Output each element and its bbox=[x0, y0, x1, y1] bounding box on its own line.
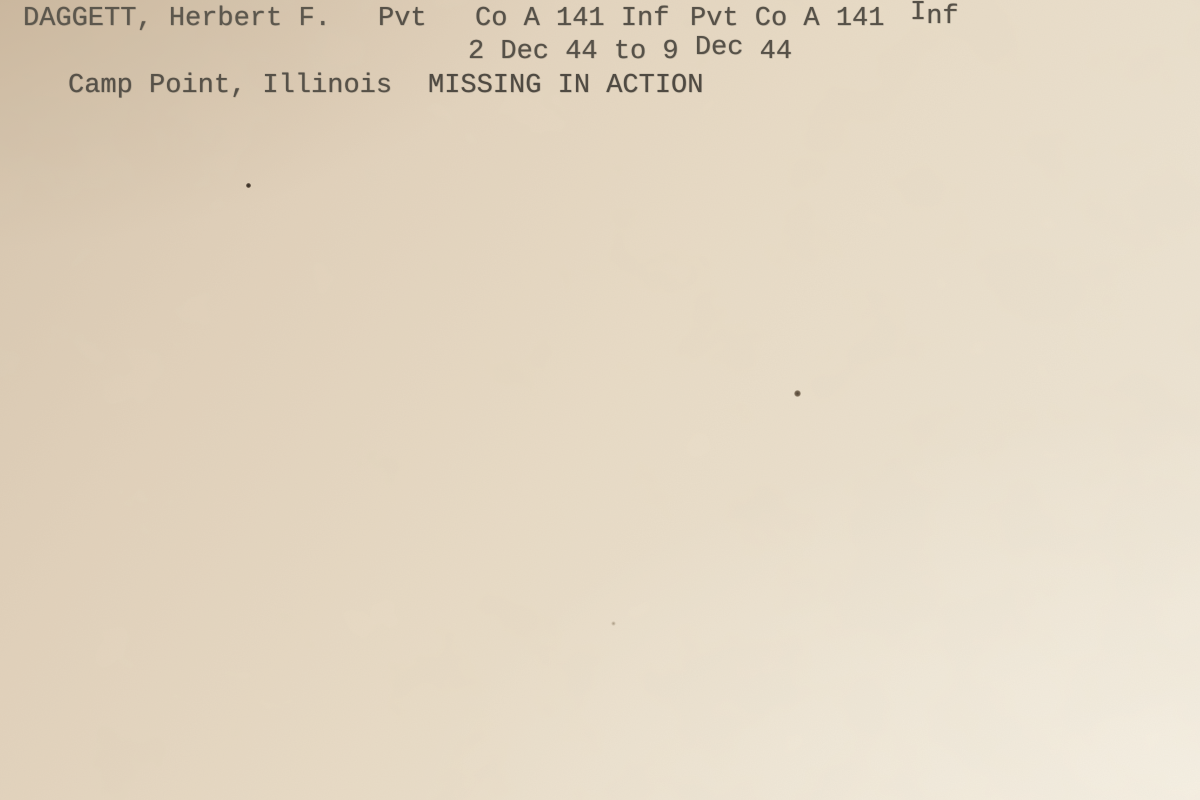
soldier-name: DAGGETT, Herbert F. bbox=[23, 2, 331, 36]
casualty-status: MISSING IN ACTION bbox=[428, 69, 703, 103]
missing-date-range: 2 Dec 44 to 9 Dec 44 bbox=[468, 35, 792, 69]
paper-speck bbox=[611, 621, 616, 626]
paper-grain-texture bbox=[0, 0, 1200, 800]
dates-start: 2 Dec 44 to 9 bbox=[468, 37, 695, 67]
raised-letter-i: I bbox=[910, 0, 926, 28]
soldier-rank: Pvt bbox=[378, 2, 427, 36]
duplicate-unit-inf: Inf bbox=[910, 2, 959, 36]
paper-speck bbox=[246, 183, 251, 188]
paper-speck bbox=[794, 390, 801, 397]
inf-rest: nf bbox=[926, 2, 958, 32]
hometown: Camp Point, Illinois bbox=[68, 69, 392, 103]
dates-end: 44 bbox=[743, 37, 792, 67]
duplicate-rank-unit: Pvt Co A 141 bbox=[690, 2, 884, 36]
raised-month: Dec bbox=[695, 33, 744, 63]
soldier-unit: Co A 141 Inf bbox=[475, 2, 669, 36]
index-card: DAGGETT, Herbert F. Pvt Co A 141 Inf Pvt… bbox=[0, 0, 1200, 800]
